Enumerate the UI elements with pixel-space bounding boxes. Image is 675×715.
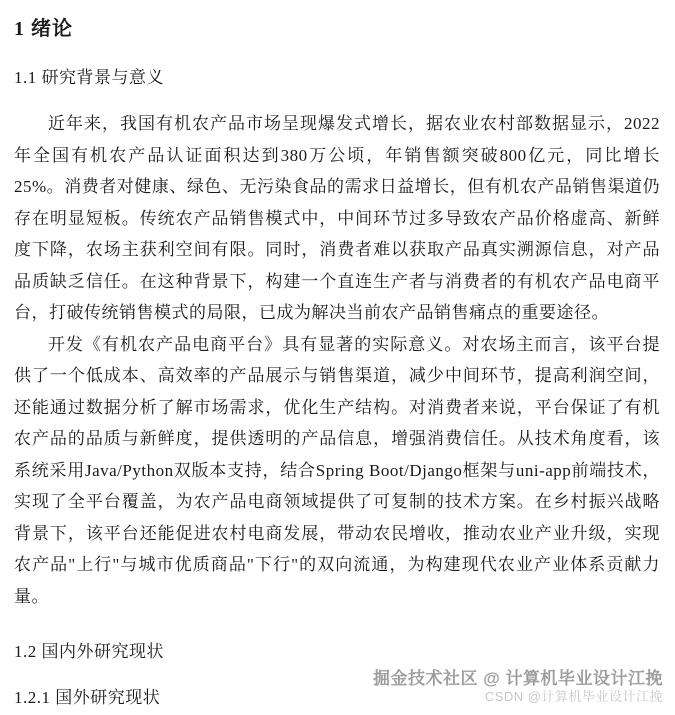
document-page: 1 绪论 1.1 研究背景与意义 近年来，我国有机农产品市场呈现爆发式增长，据农… [0, 0, 675, 715]
paragraph-research-background: 近年来，我国有机农产品市场呈现爆发式增长，据农业农村部数据显示，2022年全国有… [14, 108, 660, 329]
section-heading-1-2-1: 1.2.1 国外研究现状 [14, 684, 660, 712]
section-heading-1-2: 1.2 国内外研究现状 [14, 638, 660, 666]
paragraph-development-significance: 开发《有机农产品电商平台》具有显著的实际意义。对农场主而言，该平台提供了一个低成… [14, 329, 660, 613]
section-heading-1-1: 1.1 研究背景与意义 [14, 64, 660, 92]
chapter-heading: 1 绪论 [14, 14, 660, 44]
